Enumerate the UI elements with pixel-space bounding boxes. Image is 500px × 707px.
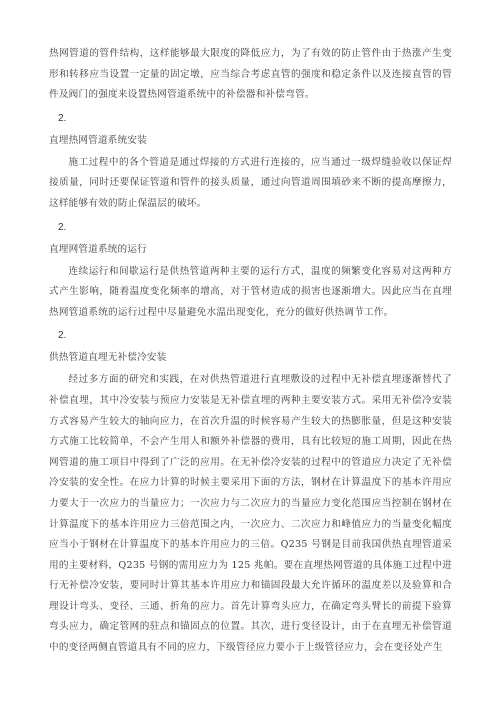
section-heading-operation: 直埋网管道系统的运行 [49,240,452,260]
section-number: 2. [49,326,452,346]
section-heading-installation: 直埋热网管道系统安装 [49,131,452,151]
paragraph-operation: 连续运行和间歇运行是供热管道两种主要的运行方式，温度的频繁变化容易对这两种方式产… [49,262,452,324]
section-heading-cold-installation: 供热管道直埋无补偿冷安装 [49,348,452,368]
paragraph-cold-installation: 经过多方面的研究和实践，在对供热管道进行直埋敷设的过程中无补偿直埋逐渐替代了补偿… [49,370,452,658]
document-page: 热网管道的管件结构，这样能够最大限度的降低应力，为了有效的防止管件由于热涨产生变… [49,44,452,659]
section-number: 2. [49,218,452,238]
section-number: 2. [49,109,452,129]
paragraph-intro-continuation: 热网管道的管件结构，这样能够最大限度的降低应力，为了有效的防止管件由于热涨产生变… [49,44,452,106]
paragraph-installation: 施工过程中的各个管道是通过焊接的方式进行连接的，应当通过一级焊缝验收以保证焊接质… [49,153,452,215]
